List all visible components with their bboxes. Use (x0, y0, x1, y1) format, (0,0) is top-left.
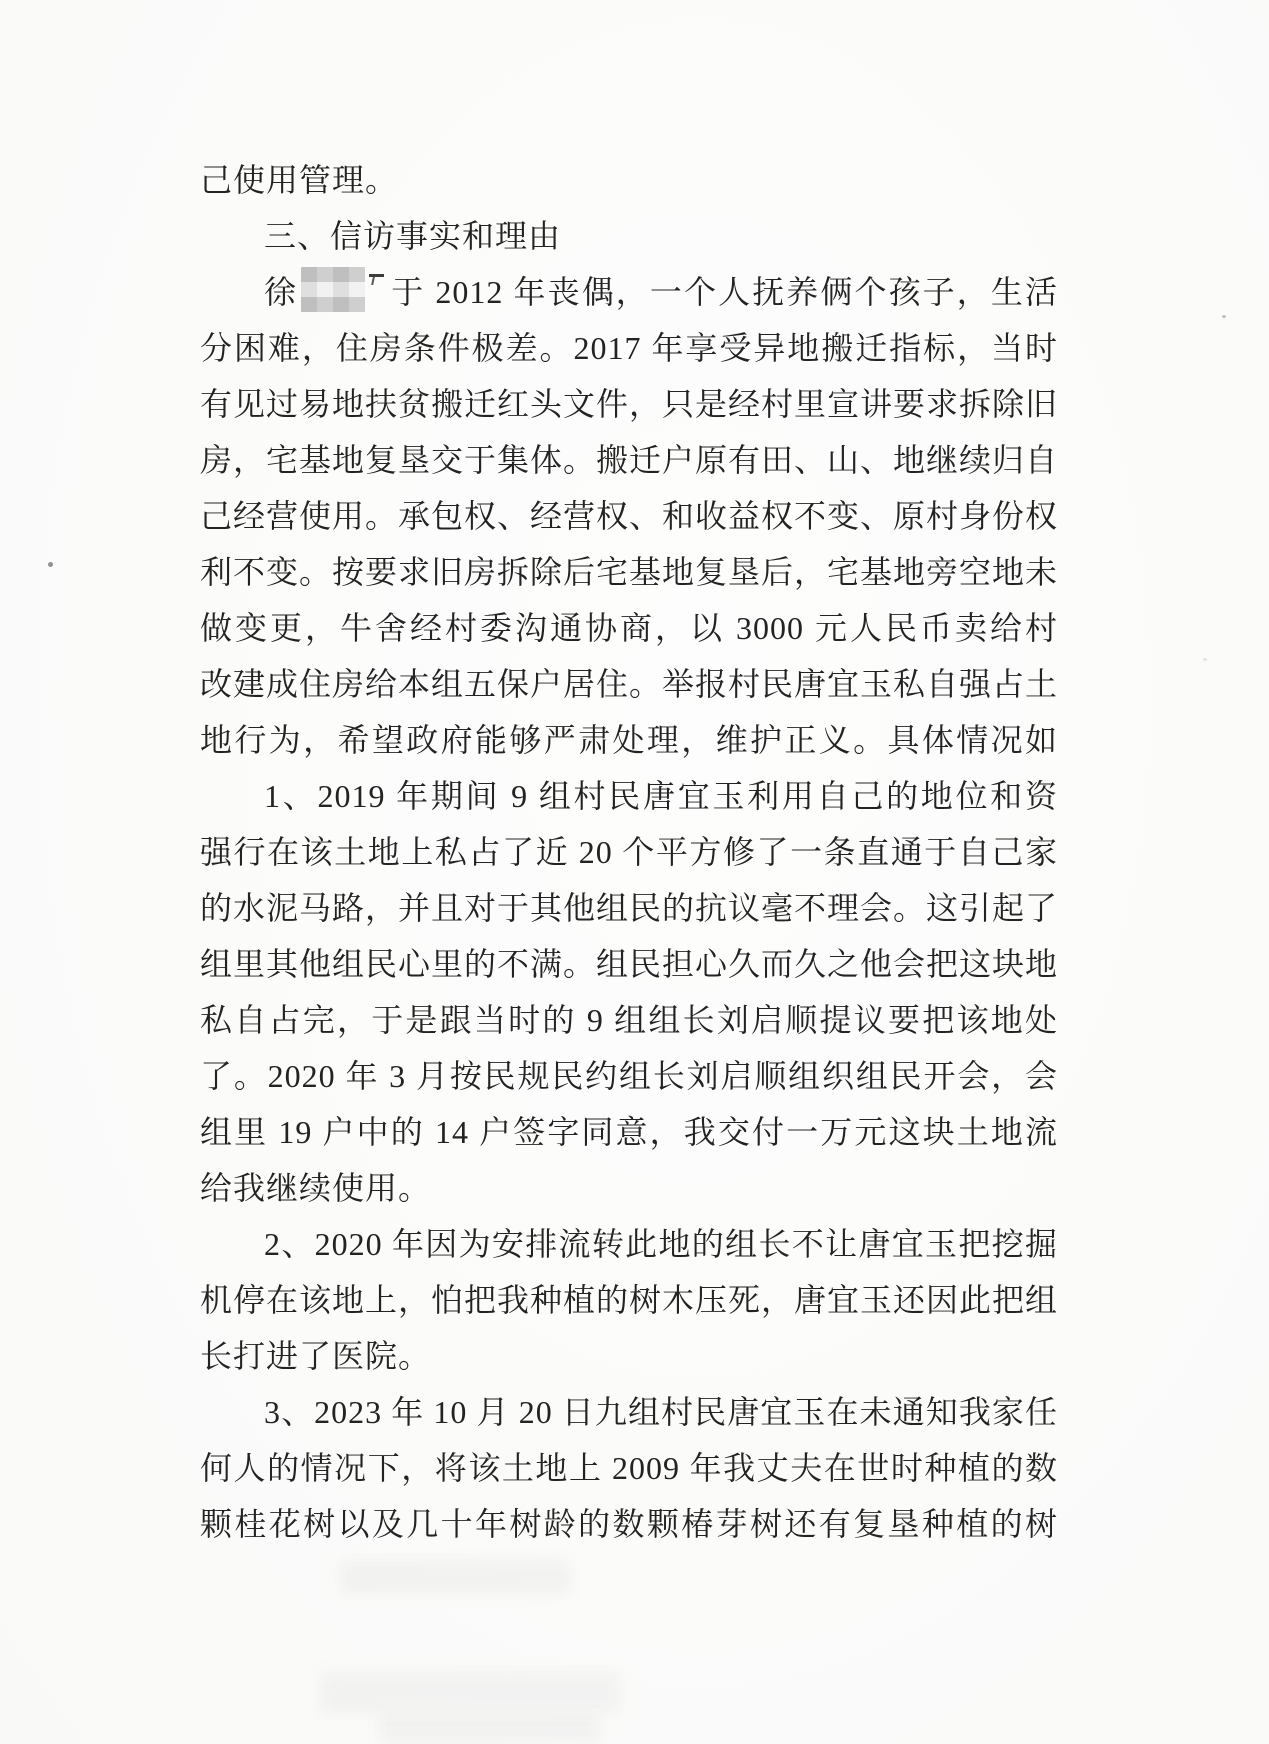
text-line-with-redaction: 徐于 2012 年丧偶，一个人抚养俩个孩子，生活十 (200, 264, 1058, 320)
text-line: 的水泥马路，并且对于其他组民的抗议毫不理会。这引起了 (200, 880, 1058, 936)
text-line: 强行在该土地上私占了近 20 个平方修了一条直通于自己家 (200, 824, 1058, 880)
section-heading: 三、信访事实和理由 (200, 208, 1058, 264)
text-line: 2、2020 年因为安排流转此地的组长不让唐宜玉把挖掘 (200, 1216, 1058, 1272)
scan-speck (1222, 315, 1226, 318)
text-line: 给我继续使用。 (200, 1160, 1058, 1216)
bleed-through-ghost (340, 1560, 570, 1594)
text-line: 1、2019 年期间 9 组村民唐宜玉利用自己的地位和资源， (200, 768, 1058, 824)
document-body: 己使用管理。 三、信访事实和理由 徐于 2012 年丧偶，一个人抚养俩个孩子，生… (200, 152, 1058, 1552)
text-line: 地行为，希望政府能够严肃处理，维护正义。具体情况如下： (200, 712, 1058, 768)
text-line: 何人的情况下，将该土地上 2009 年我丈夫在世时种植的数 (200, 1440, 1058, 1496)
bleed-through-ghost (320, 1672, 620, 1714)
bleed-through-ghost (380, 1716, 600, 1742)
text-line: 做变更，牛舍经村委沟通协商，以 3000 元人民币卖给村里， (200, 600, 1058, 656)
stray-ink-mark (369, 271, 385, 301)
text-line: 改建成住房给本组五保户居住。举报村民唐宜玉私自强占土 (200, 656, 1058, 712)
text-line: 房，宅基地复垦交于集体。搬迁户原有田、山、地继续归自 (200, 432, 1058, 488)
text-line: 有见过易地扶贫搬迁红头文件，只是经村里宣讲要求拆除旧 (200, 376, 1058, 432)
redaction-mosaic (301, 267, 365, 312)
text-line: 利不变。按要求旧房拆除后宅基地复垦后，宅基地旁空地未 (200, 544, 1058, 600)
text-line: 组里其他组民心里的不满。组民担心久而久之他会把这块地 (200, 936, 1058, 992)
scanned-document-page: 己使用管理。 三、信访事实和理由 徐于 2012 年丧偶，一个人抚养俩个孩子，生… (0, 0, 1269, 1744)
scan-speck (1203, 658, 1207, 661)
scan-speck (48, 562, 53, 567)
text-segment: 徐 (264, 274, 298, 310)
text-line: 分困难，住房条件极差。2017 年享受异地搬迁指标，当时没 (200, 320, 1058, 376)
text-line: 长打进了医院。 (200, 1328, 1058, 1384)
text-line: 组里 19 户中的 14 户签字同意，我交付一万元这块土地流转 (200, 1104, 1058, 1160)
text-line: 己经营使用。承包权、经营权、和收益权不变、原村身份权 (200, 488, 1058, 544)
text-line: 私自占完，于是跟当时的 9 组组长刘启顺提议要把该地处理 (200, 992, 1058, 1048)
text-line: 了。2020 年 3 月按民规民约组长刘启顺组织组民开会，会上 (200, 1048, 1058, 1104)
text-line: 颗桂花树以及几十年树龄的数颗椿芽树还有复垦种植的树 (200, 1496, 1058, 1552)
text-line: 己使用管理。 (200, 152, 1058, 208)
text-line: 机停在该地上，怕把我种植的树木压死，唐宜玉还因此把组 (200, 1272, 1058, 1328)
text-line: 3、2023 年 10 月 20 日九组村民唐宜玉在未通知我家任 (200, 1384, 1058, 1440)
